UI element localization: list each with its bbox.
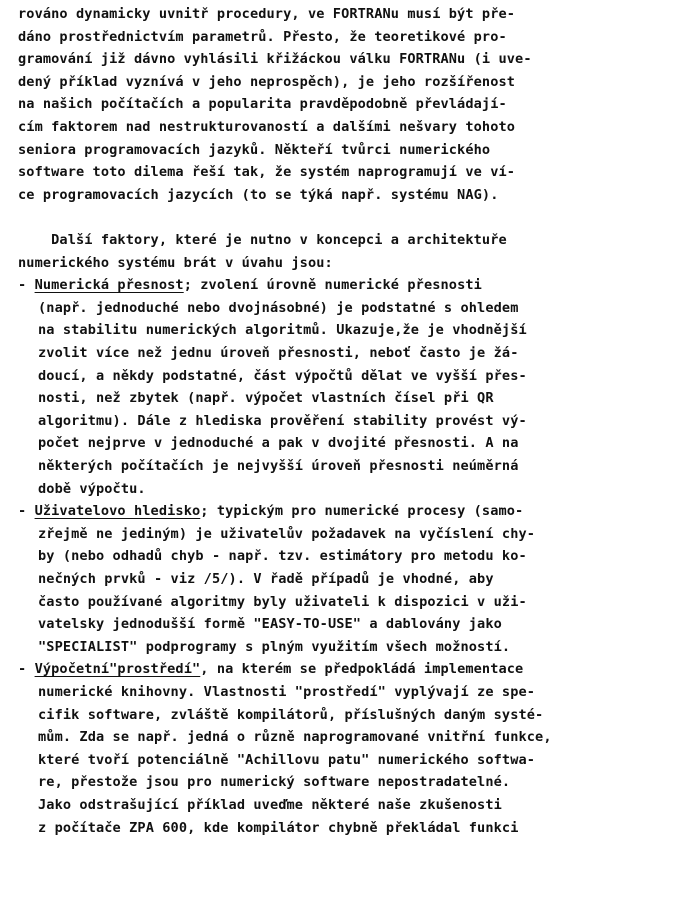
text-line: nečných prvků - viz /5/). V řadě případů… xyxy=(38,569,494,589)
text-segment: seniora programovacích jazyků. Někteří t… xyxy=(18,142,490,158)
text-segment: (např. jednoduché nebo dvojnásobné) je p… xyxy=(38,300,518,316)
text-segment: numerického systému brát v úvahu jsou: xyxy=(18,255,333,271)
text-line: seniora programovacích jazyků. Někteří t… xyxy=(18,140,490,160)
text-segment: rováno dynamicky uvnitř procedury, ve FO… xyxy=(18,6,515,22)
text-segment: numerické knihovny. Vlastnosti "prostřed… xyxy=(38,684,535,700)
text-line: numerického systému brát v úvahu jsou: xyxy=(18,253,333,273)
text-segment: vatelsky jednodušší formě "EASY-TO-USE" … xyxy=(38,616,502,632)
text-line: často používané algoritmy byly uživateli… xyxy=(38,592,527,612)
underlined-heading: Numerická přesnost xyxy=(35,277,184,293)
text-segment: ; zvolení úrovně numerické přesnosti xyxy=(184,277,482,293)
text-line: na stabilitu numerických algoritmů. Ukaz… xyxy=(38,320,527,340)
text-segment: software toto dilema řeší tak, že systém… xyxy=(18,164,515,180)
text-segment: z počítače ZPA 600, kde kompilátor chybn… xyxy=(38,820,518,836)
text-segment: algoritmu). Dále z hlediska prověření st… xyxy=(38,413,527,429)
text-line: doucí, a někdy podstatné, část výpočtů d… xyxy=(38,366,527,386)
text-line: (např. jednoduché nebo dvojnásobné) je p… xyxy=(38,298,518,318)
text-line: které tvoří potenciálně "Achillovu patu"… xyxy=(38,750,535,770)
text-segment: zřejmě ne jediným) je uživatelův požadav… xyxy=(38,526,535,542)
text-line: software toto dilema řeší tak, že systém… xyxy=(18,162,515,182)
text-line: cifik software, zvláště kompilátorů, pří… xyxy=(38,705,543,725)
text-segment: zvolit více než jednu úroveň přesnosti, … xyxy=(38,345,518,361)
text-segment: Další faktory, které je nutno v koncepci… xyxy=(18,232,507,248)
text-segment: Jako odstrašující příklad uveďme některé… xyxy=(38,797,502,813)
text-segment: gramování již dávno vyhlásili křižáckou … xyxy=(18,51,532,67)
text-segment: nečných prvků - viz /5/). V řadě případů… xyxy=(38,571,494,587)
text-line: cím faktorem nad nestrukturovaností a da… xyxy=(18,117,515,137)
text-line: z počítače ZPA 600, kde kompilátor chybn… xyxy=(38,818,518,838)
text-line: zvolit více než jednu úroveň přesnosti, … xyxy=(38,343,518,363)
text-segment: které tvoří potenciálně "Achillovu patu"… xyxy=(38,752,535,768)
text-line: algoritmu). Dále z hlediska prověření st… xyxy=(38,411,527,431)
text-line: na našich počítačích a popularita pravdě… xyxy=(18,94,507,114)
text-segment: mům. Zda se např. jedná o různě naprogra… xyxy=(38,729,552,745)
underlined-heading: Uživatelovo hledisko xyxy=(35,503,201,519)
text-segment: re, přestože jsou pro numerický software… xyxy=(38,774,510,790)
text-segment: dáno prostřednictvím parametrů. Přesto, … xyxy=(18,29,507,45)
typewritten-page: rováno dynamicky uvnitř procedury, ve FO… xyxy=(0,0,679,912)
text-line: Další faktory, které je nutno v koncepci… xyxy=(18,230,507,250)
text-segment: - xyxy=(18,661,35,677)
text-segment: nosti, než zbytek (např. výpočet vlastní… xyxy=(38,390,494,406)
text-segment: cím faktorem nad nestrukturovaností a da… xyxy=(18,119,515,135)
text-line: re, přestože jsou pro numerický software… xyxy=(38,772,510,792)
text-line: by (nebo odhadů chyb - např. tzv. estimá… xyxy=(38,546,527,566)
text-line: ce programovacích jazycích (to se týká n… xyxy=(18,185,498,205)
text-line: nosti, než zbytek (např. výpočet vlastní… xyxy=(38,388,494,408)
text-line: některých počítačích je nejvyšší úroveň … xyxy=(38,456,518,476)
text-segment: často používané algoritmy byly uživateli… xyxy=(38,594,527,610)
text-segment: na stabilitu numerických algoritmů. Ukaz… xyxy=(38,322,527,338)
text-segment: - xyxy=(18,277,35,293)
text-segment: "SPECIALIST" podprogramy s plným využití… xyxy=(38,639,510,655)
text-segment: ce programovacích jazycích (to se týká n… xyxy=(18,187,498,203)
text-line: vatelsky jednodušší formě "EASY-TO-USE" … xyxy=(38,614,502,634)
text-segment: cifik software, zvláště kompilátorů, pří… xyxy=(38,707,543,723)
text-line: zřejmě ne jediným) je uživatelův požadav… xyxy=(38,524,535,544)
text-line: době výpočtu. xyxy=(38,479,146,499)
text-segment: dený příklad vyznívá v jeho neprospěch),… xyxy=(18,74,515,90)
text-segment: doucí, a někdy podstatné, část výpočtů d… xyxy=(38,368,527,384)
text-line: mům. Zda se např. jedná o různě naprogra… xyxy=(38,727,552,747)
underlined-heading: Výpočetní"prostředí" xyxy=(35,661,201,677)
text-segment: některých počítačích je nejvyšší úroveň … xyxy=(38,458,518,474)
text-line: - Výpočetní"prostředí", na kterém se pře… xyxy=(18,659,523,679)
text-line: dený příklad vyznívá v jeho neprospěch),… xyxy=(18,72,515,92)
text-segment: , na kterém se předpokládá implementace xyxy=(200,661,523,677)
text-line: - Numerická přesnost; zvolení úrovně num… xyxy=(18,275,482,295)
text-line: dáno prostřednictvím parametrů. Přesto, … xyxy=(18,27,507,47)
text-line: numerické knihovny. Vlastnosti "prostřed… xyxy=(38,682,535,702)
text-segment: počet nejprve v jednoduché a pak v dvoji… xyxy=(38,435,518,451)
text-segment: době výpočtu. xyxy=(38,481,146,497)
text-line: gramování již dávno vyhlásili křižáckou … xyxy=(18,49,532,69)
text-segment: ; typickým pro numerické procesy (samo- xyxy=(200,503,523,519)
text-line: počet nejprve v jednoduché a pak v dvoji… xyxy=(38,433,518,453)
text-segment: by (nebo odhadů chyb - např. tzv. estimá… xyxy=(38,548,527,564)
text-segment: - xyxy=(18,503,35,519)
text-line: "SPECIALIST" podprogramy s plným využití… xyxy=(38,637,510,657)
text-line: rováno dynamicky uvnitř procedury, ve FO… xyxy=(18,4,515,24)
text-segment: na našich počítačích a popularita pravdě… xyxy=(18,96,507,112)
text-line: Jako odstrašující příklad uveďme některé… xyxy=(38,795,502,815)
text-line: - Uživatelovo hledisko; typickým pro num… xyxy=(18,501,523,521)
